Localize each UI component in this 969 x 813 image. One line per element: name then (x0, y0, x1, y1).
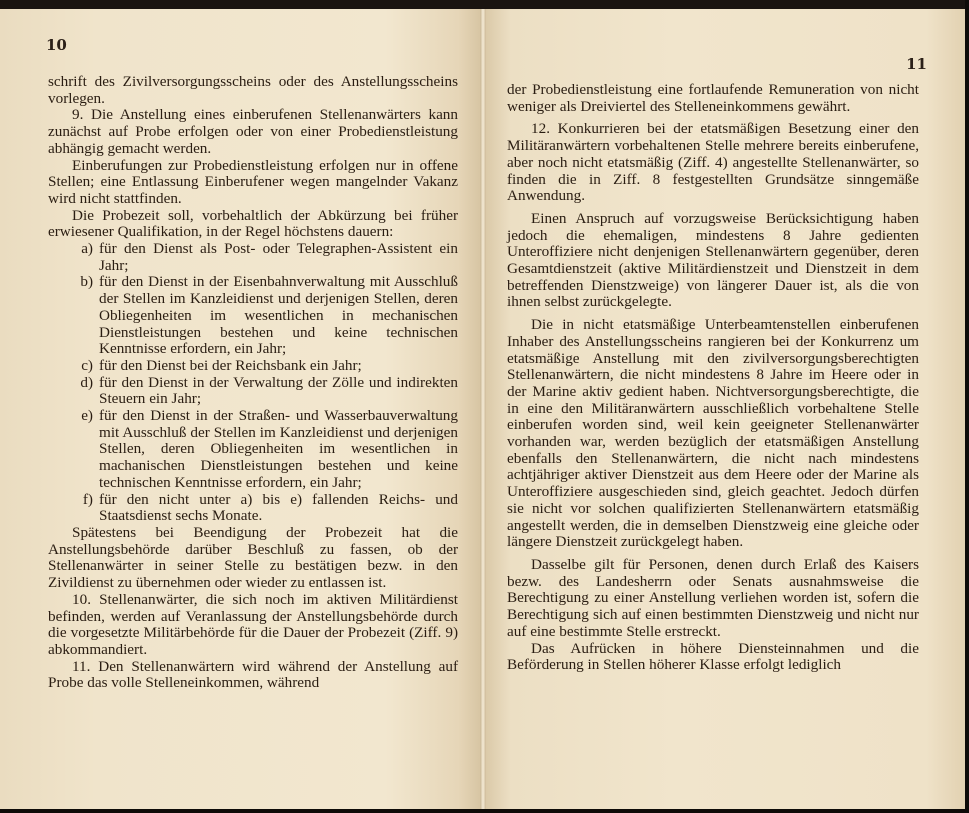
list-item: a) für den Dienst als Post- oder Telegra… (48, 241, 458, 274)
list-text: für den Dienst in der Eisenbahnverwaltun… (99, 274, 458, 358)
list-marker: b) (48, 274, 99, 358)
list-text: für den Dienst bei der Reichsbank ein Ja… (99, 358, 458, 375)
page-number: 11 (906, 55, 927, 73)
list-marker: f) (48, 492, 99, 525)
list-item: e) für den Dienst in der Straßen- und Wa… (48, 408, 458, 492)
page-number: 10 (46, 36, 67, 54)
list-text: für den Dienst in der Straßen- und Wasse… (99, 408, 458, 492)
list-marker: d) (48, 375, 99, 408)
paragraph: der Probedienstleistung eine fortlaufend… (507, 82, 919, 115)
scan-edge-bottom (0, 809, 969, 813)
book-gutter (480, 9, 486, 809)
list-item: f) für den nicht unter a) bis e) fallend… (48, 492, 458, 525)
paragraph: Dasselbe gilt für Personen, denen durch … (507, 557, 919, 641)
list-marker: e) (48, 408, 99, 492)
paragraph: Einberufungen zur Probedienstleistung er… (48, 158, 458, 208)
paragraph: 12. Konkurrieren bei der etatsmäßigen Be… (507, 121, 919, 205)
paragraph: 11. Den Stellenanwärtern wird während de… (48, 659, 458, 692)
paragraph: 9. Die Anstellung eines einberufenen Ste… (48, 107, 458, 157)
right-page-text: der Probedienstleistung eine fortlaufend… (507, 82, 919, 674)
list-marker: c) (48, 358, 99, 375)
list-item: c) für den Dienst bei der Reichsbank ein… (48, 358, 458, 375)
list-marker: a) (48, 241, 99, 274)
paragraph: Das Aufrücken in höhere Diensteinnahmen … (507, 641, 919, 674)
paragraph: Die in nicht etatsmäßige Unterbeamtenste… (507, 317, 919, 551)
paragraph: Einen Anspruch auf vorzugsweise Berücksi… (507, 211, 919, 311)
right-page: 11 der Probedienstleistung eine fortlauf… (482, 9, 965, 809)
paragraph: Die Probezeit soll, vorbehaltlich der Ab… (48, 208, 458, 241)
paragraph: schrift des Zivilversorgungsscheins oder… (48, 74, 458, 107)
paragraph: Spätestens bei Beendigung der Probezeit … (48, 525, 458, 592)
list-item: d) für den Dienst in der Verwaltung der … (48, 375, 458, 408)
left-page-text: schrift des Zivilversorgungsscheins oder… (48, 74, 458, 692)
paragraph: 10. Stellenanwärter, die sich noch im ak… (48, 592, 458, 659)
list-item: b) für den Dienst in der Eisenbahnverwal… (48, 274, 458, 358)
list-text: für den nicht unter a) bis e) fallenden … (99, 492, 458, 525)
list-text: für den Dienst als Post- oder Telegraphe… (99, 241, 458, 274)
scan-edge-right (965, 0, 969, 813)
left-page: 10 schrift des Zivilversorgungsscheins o… (0, 9, 482, 809)
list-text: für den Dienst in der Verwaltung der Zöl… (99, 375, 458, 408)
